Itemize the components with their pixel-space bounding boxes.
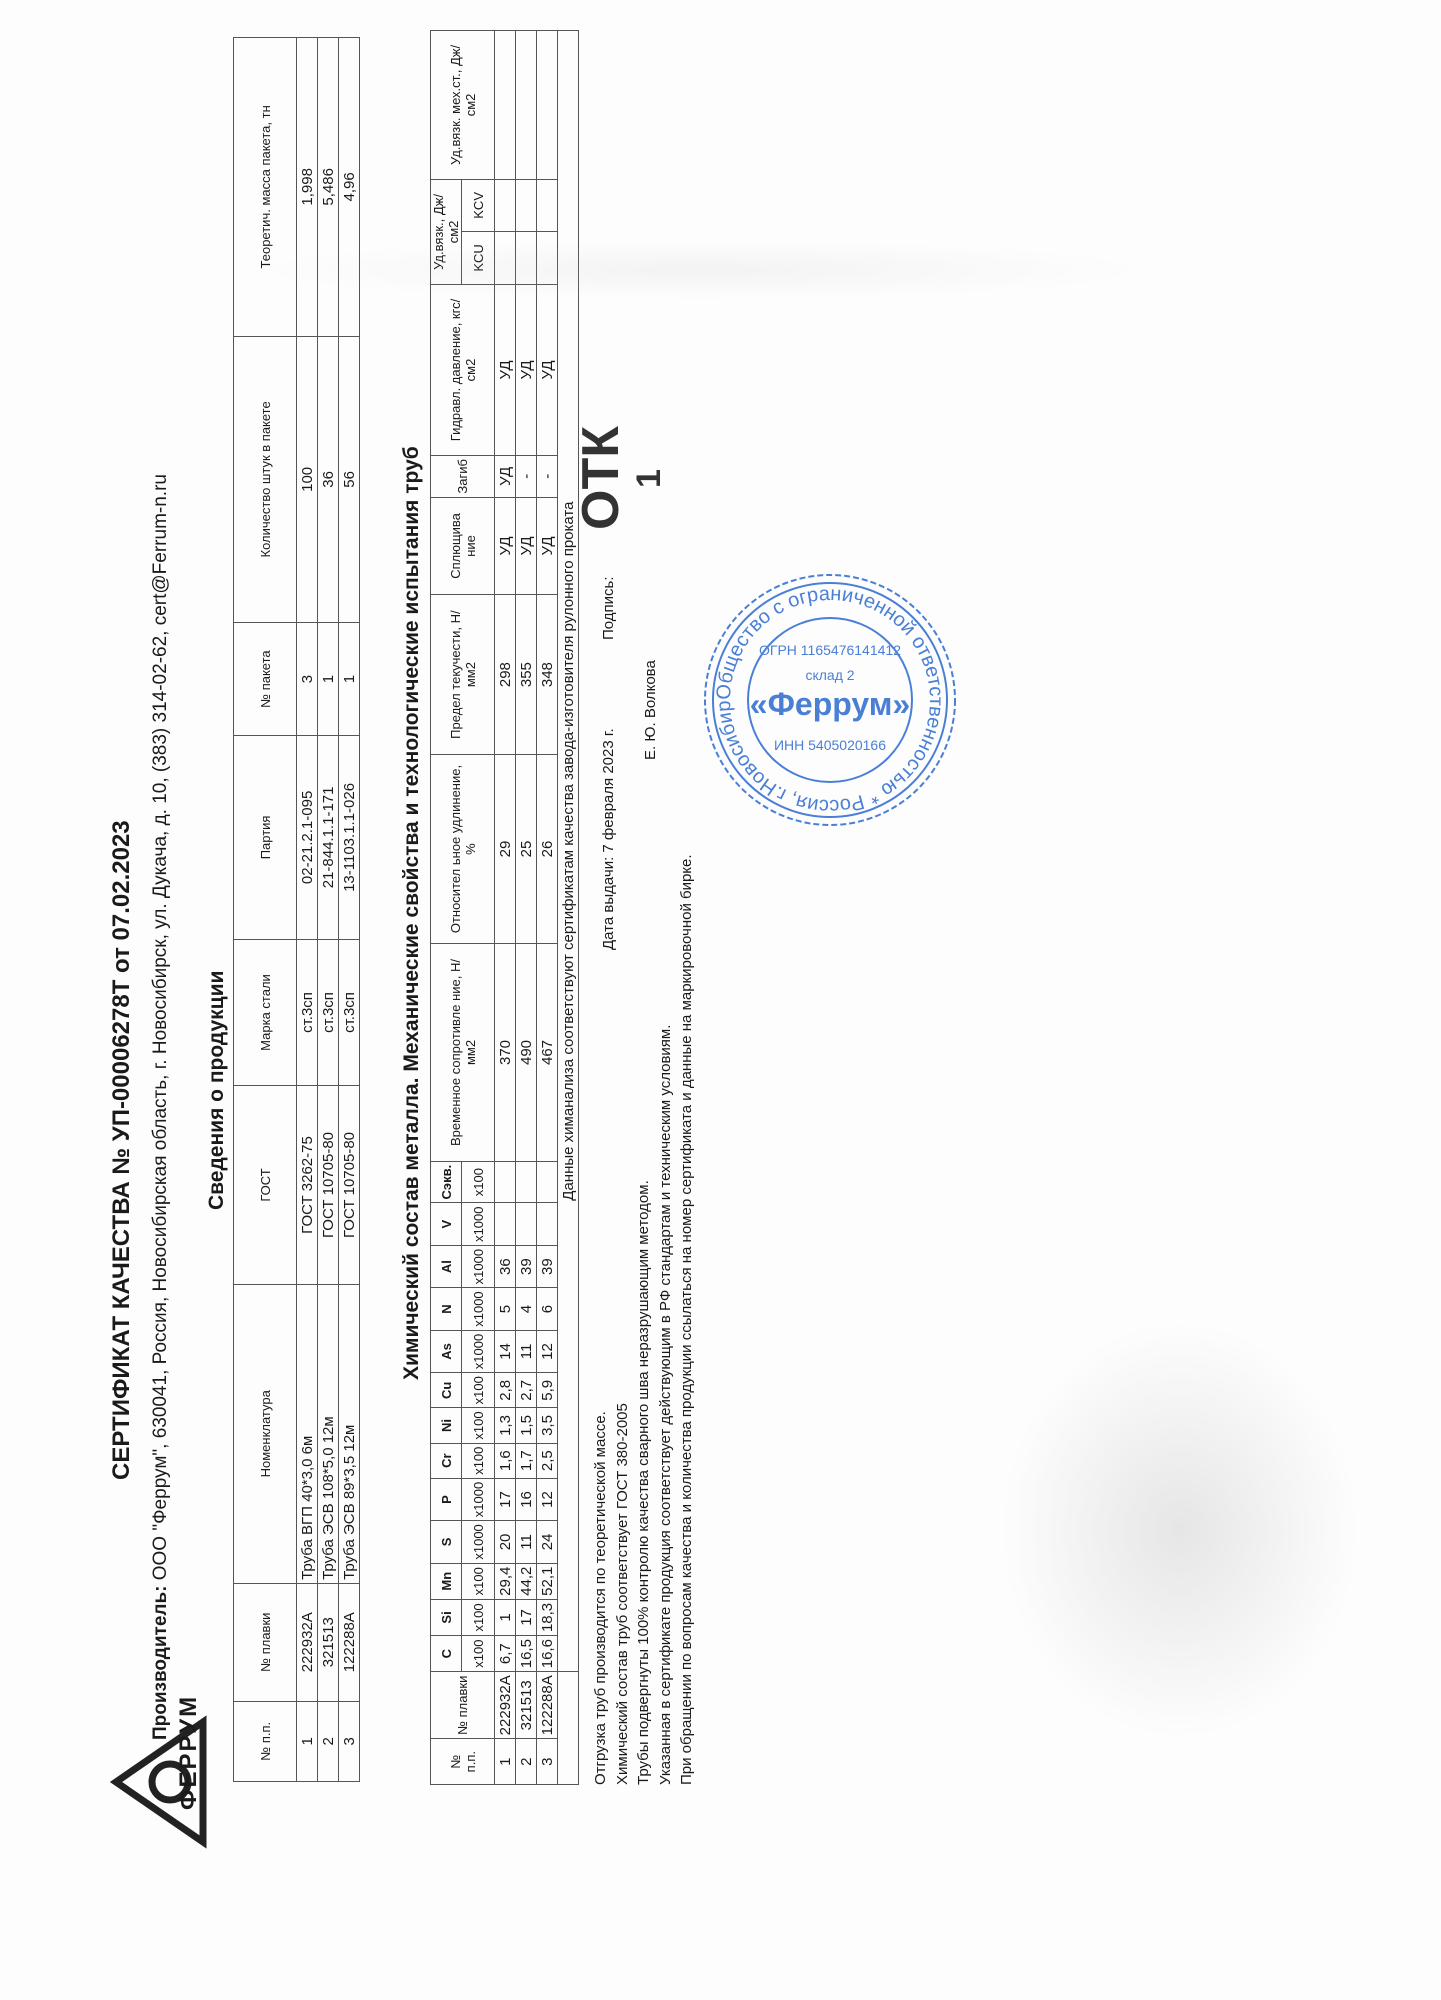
table-cell: 4 bbox=[516, 1288, 537, 1330]
table-cell: 14 bbox=[495, 1330, 516, 1372]
unit-header: x100 bbox=[462, 1161, 495, 1203]
table-cell: УД bbox=[495, 284, 516, 455]
products-col-header: Партия bbox=[234, 736, 297, 939]
table-cell bbox=[537, 1161, 558, 1203]
unit-header: x1000 bbox=[462, 1330, 495, 1372]
table-cell bbox=[495, 1203, 516, 1245]
svg-text:ОГРН 1165476141412: ОГРН 1165476141412 bbox=[759, 642, 901, 658]
otk-stamp-text: ОТК bbox=[575, 426, 627, 530]
table-cell: - bbox=[516, 456, 537, 498]
products-section-title: Сведения о продукции bbox=[205, 971, 229, 1210]
table-cell bbox=[516, 1161, 537, 1203]
note-line: При обращении по вопросам качества и кол… bbox=[676, 854, 698, 1785]
element-header: As bbox=[431, 1330, 462, 1372]
table-cell bbox=[516, 1203, 537, 1245]
unit-header: x100 bbox=[462, 1599, 495, 1635]
unit-header: x100 bbox=[462, 1443, 495, 1478]
table-cell: 355 bbox=[516, 595, 537, 755]
table-cell: 36 bbox=[495, 1245, 516, 1287]
table-cell bbox=[495, 1161, 516, 1203]
notes-block: Отгрузка труб производится по теоретичес… bbox=[590, 854, 698, 1785]
products-col-header: № пакета bbox=[234, 623, 297, 736]
table-cell bbox=[516, 31, 537, 180]
mech-header: Сплющива ние bbox=[431, 497, 495, 595]
element-header: C bbox=[431, 1636, 462, 1672]
table-cell: 122288А bbox=[537, 1672, 558, 1739]
table-cell: 16,6 bbox=[537, 1636, 558, 1672]
mech-header: Загиб bbox=[431, 456, 495, 498]
element-header: V bbox=[431, 1203, 462, 1245]
certificate-document: ФЕРРУМ СЕРТИФИКАТ КАЧЕСТВА № УП-00006278… bbox=[0, 0, 1441, 2000]
table-cell: 2 bbox=[516, 1739, 537, 1785]
table-cell: ГОСТ 10705-80 bbox=[339, 1086, 360, 1284]
table-cell: 26 bbox=[537, 754, 558, 943]
table-cell: 1,5 bbox=[516, 1408, 537, 1443]
table-cell: УД bbox=[495, 456, 516, 498]
unit-header: x1000 bbox=[462, 1203, 495, 1245]
unit-header: x100 bbox=[462, 1636, 495, 1672]
otk-number: 1 bbox=[630, 469, 669, 488]
table-cell: 1 bbox=[297, 1701, 318, 1781]
company-seal-icon: Общество с ограниченной ответственностью… bbox=[700, 570, 960, 830]
table-cell: 1 bbox=[495, 1599, 516, 1635]
svg-text:ИНН 5405020166: ИНН 5405020166 bbox=[774, 737, 886, 753]
table-cell: 3 bbox=[339, 1701, 360, 1781]
signature-label: Подпись: bbox=[600, 576, 617, 640]
mech-header: Предел текучести, Н/мм2 bbox=[431, 595, 495, 755]
products-col-header: Марка стали bbox=[234, 939, 297, 1086]
chemistry-section-title: Химический состав металла. Механические … bbox=[400, 446, 424, 1380]
products-col-header: Номенклатура bbox=[234, 1284, 297, 1583]
table-cell: 2 bbox=[318, 1701, 339, 1781]
scan-smudge bbox=[250, 240, 1150, 300]
mech-header: Гидравл. давление, кгс/см2 bbox=[431, 284, 495, 455]
unit-header: x1000 bbox=[462, 1478, 495, 1520]
producer-value: ООО "Феррум", 630041, Россия, Новосибирс… bbox=[150, 474, 171, 1580]
table-cell: 29,4 bbox=[495, 1563, 516, 1599]
table-cell: 29 bbox=[495, 754, 516, 943]
table-cell: 11 bbox=[516, 1521, 537, 1563]
table-cell: 298 bbox=[495, 595, 516, 755]
table-cell: 5,9 bbox=[537, 1373, 558, 1408]
table-cell: 18,3 bbox=[537, 1599, 558, 1635]
table-cell: Труба ЭСВ 108*5,0 12м bbox=[318, 1284, 339, 1583]
table-cell: 16,5 bbox=[516, 1636, 537, 1672]
table-cell: 39 bbox=[516, 1245, 537, 1287]
table-cell bbox=[558, 1672, 579, 1785]
svg-text:«Феррум»: «Феррум» bbox=[750, 686, 910, 722]
table-cell: УД bbox=[537, 284, 558, 455]
table-cell: 321513 bbox=[318, 1583, 339, 1701]
element-header: P bbox=[431, 1478, 462, 1520]
table-cell: 36 bbox=[318, 336, 339, 622]
mech-header: Относител ьное удлинение, % bbox=[431, 754, 495, 943]
table-cell: 2,5 bbox=[537, 1443, 558, 1478]
table-cell: - bbox=[537, 456, 558, 498]
table-cell: 13-1103.1.1-026 bbox=[339, 736, 360, 939]
table-cell bbox=[495, 179, 516, 231]
note-line: Химический состав труб соответствует ГОС… bbox=[612, 854, 634, 1785]
table-cell bbox=[516, 179, 537, 231]
producer-label: Производитель: bbox=[150, 1586, 171, 1740]
table-cell: 2,7 bbox=[516, 1373, 537, 1408]
table-cell: 44,2 bbox=[516, 1563, 537, 1599]
table-cell: 467 bbox=[537, 944, 558, 1162]
issue-date: Дата выдачи: 7 февраля 2023 г. bbox=[600, 728, 617, 950]
table-cell: 348 bbox=[537, 595, 558, 755]
table-cell: 16 bbox=[516, 1478, 537, 1520]
element-header: Si bbox=[431, 1599, 462, 1635]
note-line: Трубы подвергнуты 100% контролю качества… bbox=[633, 854, 655, 1785]
unit-header: x100 bbox=[462, 1373, 495, 1408]
note-line: Указанная в сертификате продукция соотве… bbox=[655, 854, 677, 1785]
products-col-header: ГОСТ bbox=[234, 1086, 297, 1284]
element-header: S bbox=[431, 1521, 462, 1563]
table-cell: 100 bbox=[297, 336, 318, 622]
table-cell: 39 bbox=[537, 1245, 558, 1287]
producer-line: Производитель: ООО "Феррум", 630041, Рос… bbox=[150, 474, 172, 1740]
element-header: Mn bbox=[431, 1563, 462, 1599]
table-cell: ГОСТ 10705-80 bbox=[318, 1086, 339, 1284]
certificate-title: СЕРТИФИКАТ КАЧЕСТВА № УП-00006278Т от 07… bbox=[108, 820, 136, 1480]
products-col-header: № п.п. bbox=[234, 1701, 297, 1781]
table-cell: 1 bbox=[339, 623, 360, 736]
table-cell: 1 bbox=[318, 623, 339, 736]
unit-header: x1000 bbox=[462, 1245, 495, 1287]
table-cell: 25 bbox=[516, 754, 537, 943]
table-cell: 1,7 bbox=[516, 1443, 537, 1478]
table-cell: УД bbox=[495, 497, 516, 595]
table-cell: 56 bbox=[339, 336, 360, 622]
table-cell bbox=[537, 1203, 558, 1245]
scan-smudge bbox=[1000, 1320, 1360, 1740]
table-cell: 02-21.2.1-095 bbox=[297, 736, 318, 939]
table-cell bbox=[495, 31, 516, 180]
products-col-header: № плавки bbox=[234, 1583, 297, 1701]
signer-name: Е. Ю. Волкова bbox=[642, 660, 659, 760]
table-cell: 5 bbox=[495, 1288, 516, 1330]
unit-header: x100 bbox=[462, 1408, 495, 1443]
table-cell: УД bbox=[516, 497, 537, 595]
table-cell: 1,6 bbox=[495, 1443, 516, 1478]
table-cell: 3,5 bbox=[537, 1408, 558, 1443]
element-header: Сэкв. bbox=[431, 1161, 462, 1203]
svg-text:склад 2: склад 2 bbox=[805, 667, 854, 683]
table-cell: 6,7 bbox=[495, 1636, 516, 1672]
mech-header: Временное сопротивле ние, Н/мм2 bbox=[431, 944, 495, 1162]
col-heat: № плавки bbox=[431, 1672, 495, 1739]
impact-mech-header: Уд.вязк. мех.ст., Дж/см2 bbox=[431, 31, 495, 180]
table-cell: 12 bbox=[537, 1330, 558, 1372]
table-cell: 122288А bbox=[339, 1583, 360, 1701]
unit-header: x1000 bbox=[462, 1288, 495, 1330]
table-cell bbox=[537, 179, 558, 231]
table-cell: 222932А bbox=[495, 1672, 516, 1739]
element-header: N bbox=[431, 1288, 462, 1330]
products-col-header: Количество штук в пакете bbox=[234, 336, 297, 622]
table-cell: ст.3сп bbox=[297, 939, 318, 1086]
table-cell: 17 bbox=[516, 1599, 537, 1635]
table-cell: ст.3сп bbox=[339, 939, 360, 1086]
table-cell: 17 bbox=[495, 1478, 516, 1520]
table-cell: 21-844.1.1-171 bbox=[318, 736, 339, 939]
table-cell: 222932А bbox=[297, 1583, 318, 1701]
table-cell: 52,1 bbox=[537, 1563, 558, 1599]
unit-header: x100 bbox=[462, 1563, 495, 1599]
element-header: Al bbox=[431, 1245, 462, 1287]
logo-text: ФЕРРУМ bbox=[175, 1695, 203, 1810]
table-cell bbox=[537, 31, 558, 180]
table-cell: 6 bbox=[537, 1288, 558, 1330]
table-cell: 490 bbox=[516, 944, 537, 1162]
element-header: Cr bbox=[431, 1443, 462, 1478]
element-header: Ni bbox=[431, 1408, 462, 1443]
table-cell: 24 bbox=[537, 1521, 558, 1563]
table-cell: 3 bbox=[297, 623, 318, 736]
table-cell: ГОСТ 3262-75 bbox=[297, 1086, 318, 1284]
col-npp: № п.п. bbox=[431, 1739, 495, 1785]
note-line: Отгрузка труб производится по теоретичес… bbox=[590, 854, 612, 1785]
table-cell: 3 bbox=[537, 1739, 558, 1785]
table-cell: 20 bbox=[495, 1521, 516, 1563]
table-cell: 370 bbox=[495, 944, 516, 1162]
table-cell: Труба ВГП 40*3,0 6м bbox=[297, 1284, 318, 1583]
table-cell: ст.3сп bbox=[318, 939, 339, 1086]
unit-header: x1000 bbox=[462, 1521, 495, 1563]
table-cell: 2,8 bbox=[495, 1373, 516, 1408]
table-cell: Труба ЭСВ 89*3,5 12м bbox=[339, 1284, 360, 1583]
element-header: Cu bbox=[431, 1373, 462, 1408]
kcv-header: KCV bbox=[462, 179, 495, 231]
table-cell: 12 bbox=[537, 1478, 558, 1520]
table-cell: 321513 bbox=[516, 1672, 537, 1739]
table-cell: 1,3 bbox=[495, 1408, 516, 1443]
table-cell: УД bbox=[516, 284, 537, 455]
table-cell: 1 bbox=[495, 1739, 516, 1785]
table-cell: 11 bbox=[516, 1330, 537, 1372]
table-cell: УД bbox=[537, 497, 558, 595]
